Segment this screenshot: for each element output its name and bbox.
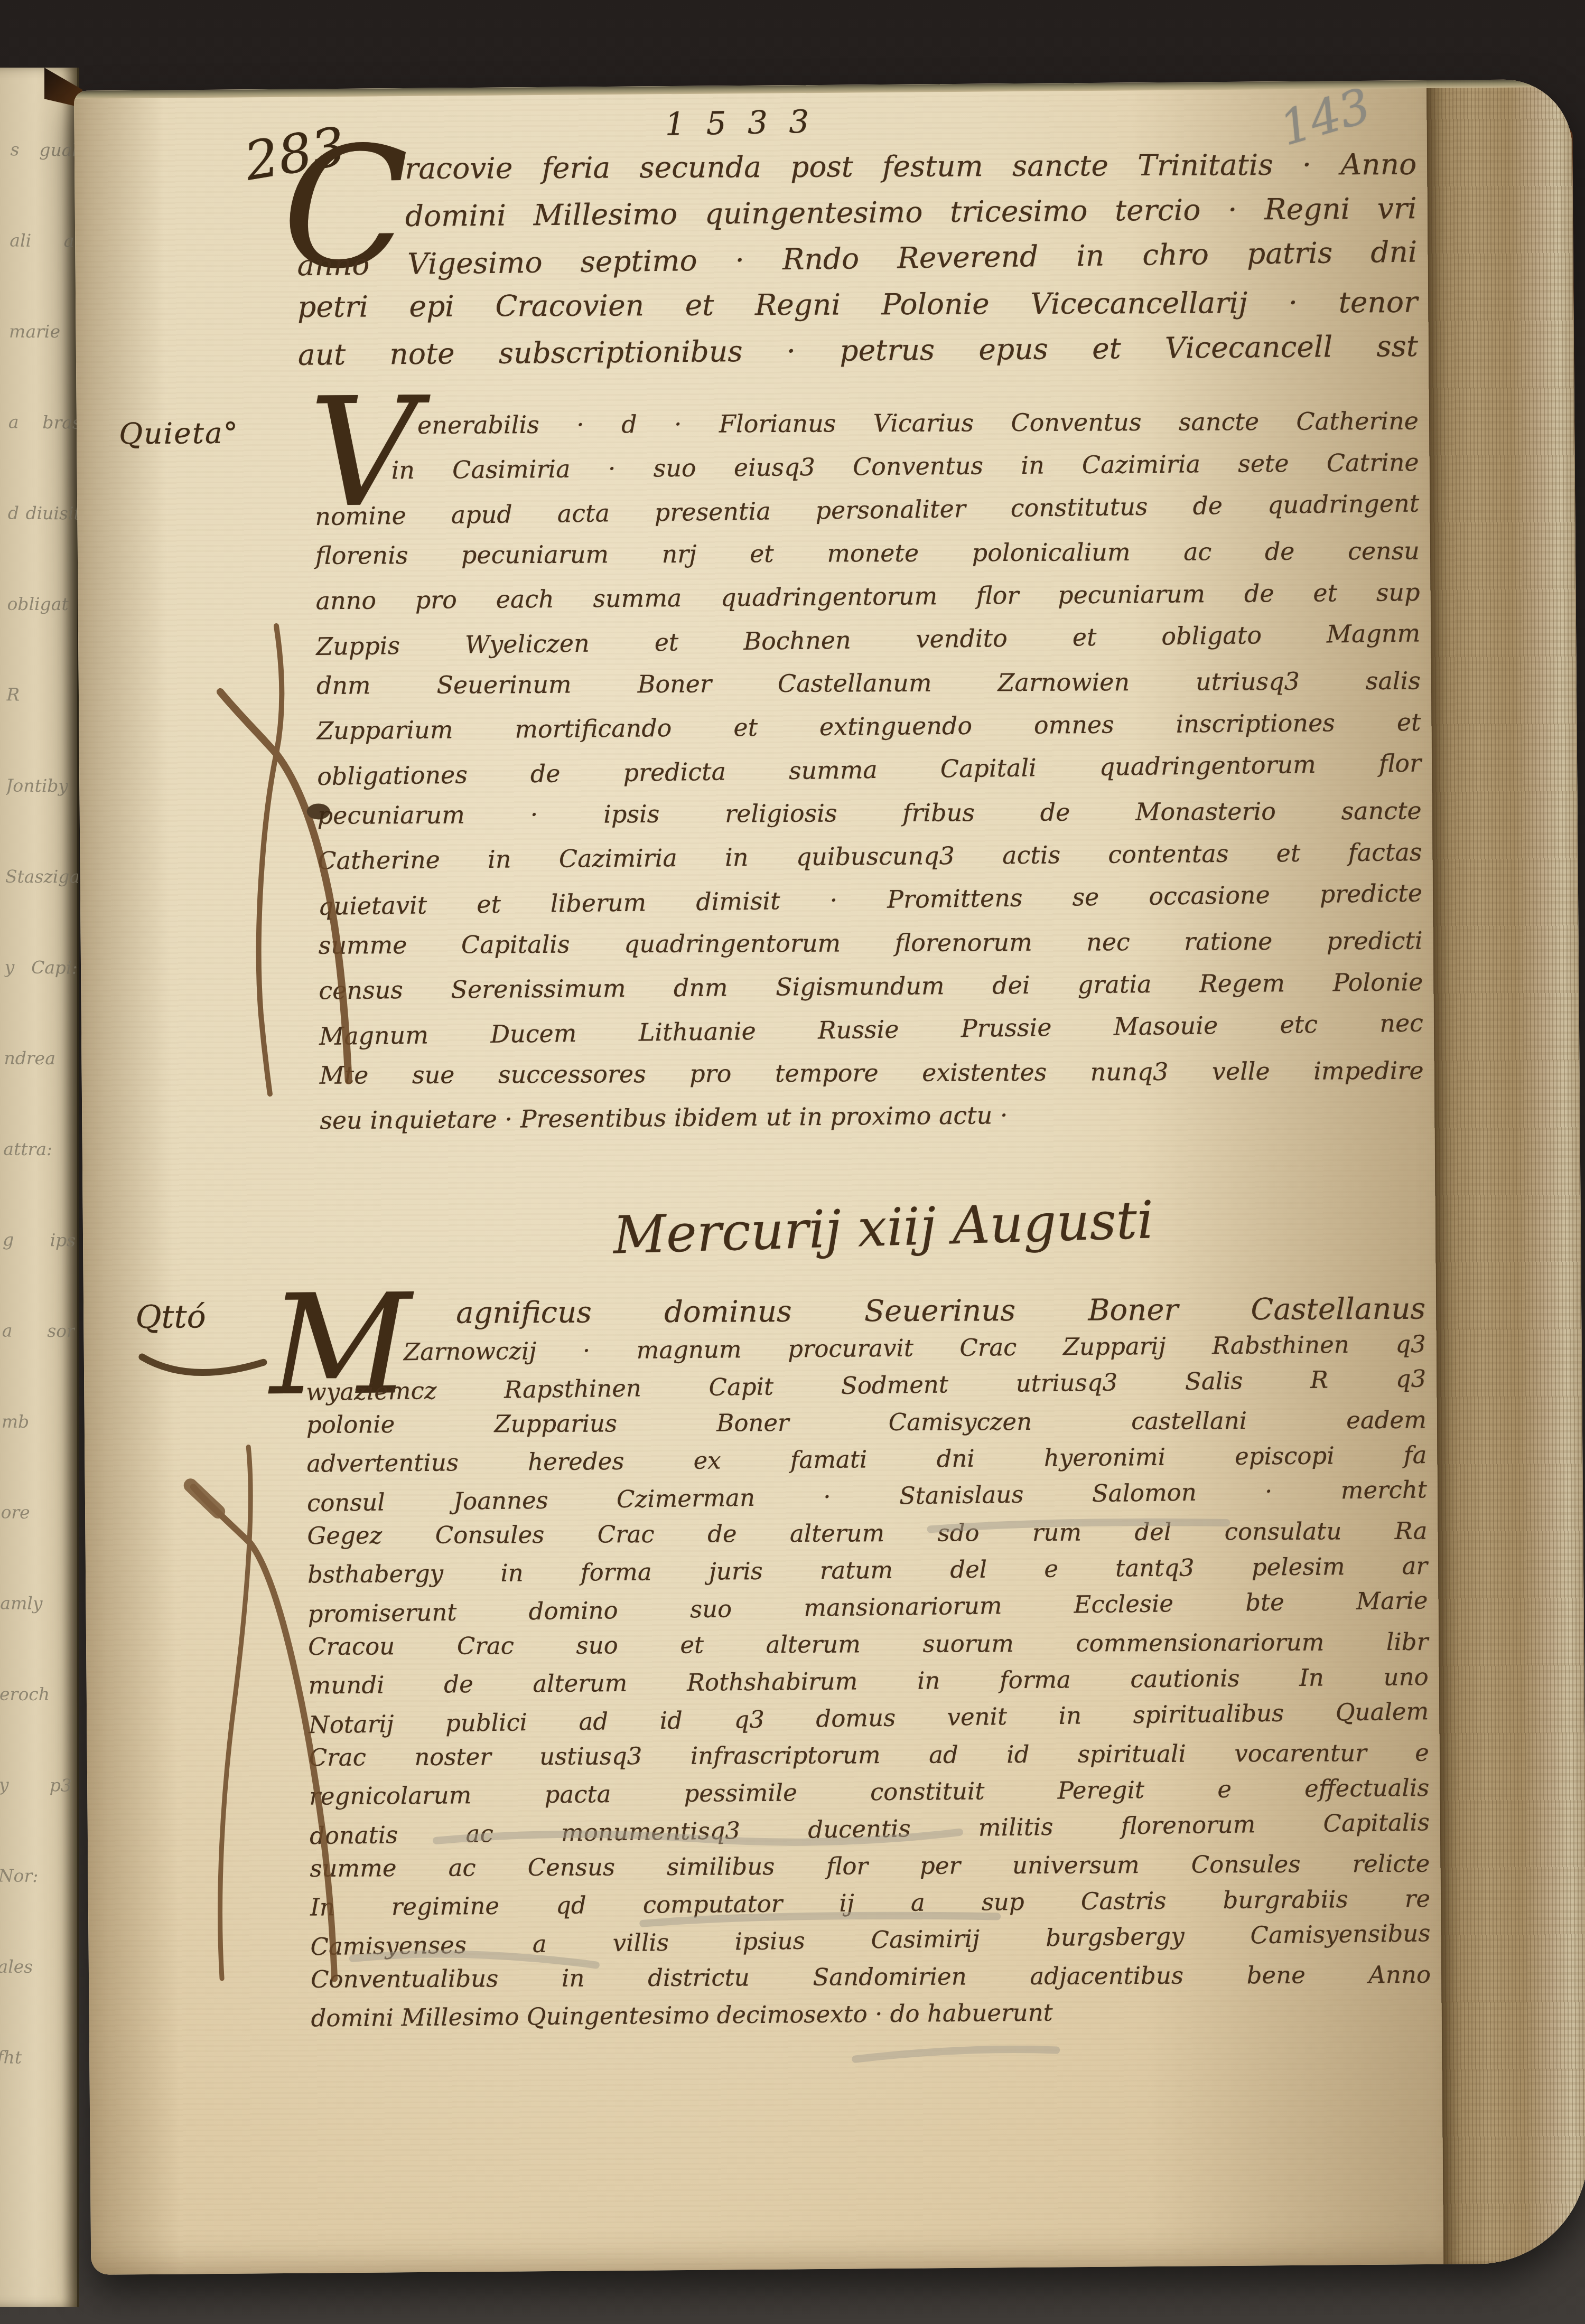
fore-edge-page-stack	[1426, 79, 1585, 2264]
facing-page-line: attra:	[3, 1104, 76, 1195]
manuscript-line: florenis pecuniarum nrj et monete poloni…	[315, 529, 1420, 577]
facing-page-line: a sor	[2, 1286, 75, 1377]
manuscript-line: racovie feria secunda post festum sancte…	[296, 142, 1416, 192]
manuscript-photo: s guallali armariea brasd diuisitobligat…	[0, 0, 1585, 2324]
record-2-text: enerabilis · d · Florianus Vicarius Conv…	[314, 397, 1424, 1142]
manuscript-line: Cracou Crac suo et alterum suorum commen…	[308, 1624, 1428, 1665]
manuscript-page: 1533 283 143 C racovie feria secunda pos…	[74, 79, 1585, 2275]
facing-page-line: obligat	[7, 559, 80, 650]
manuscript-line: Crac noster ustiusq3 infrascriptorum ad …	[309, 1735, 1429, 1776]
manuscript-line: summe ac Census similibus flor per unive…	[310, 1845, 1430, 1887]
margin-note-quieta: Quieta°	[119, 416, 239, 451]
manuscript-line: dnm Seuerinum Boner Castellanum Zarnowie…	[316, 659, 1421, 707]
facing-page-text-fragments: s guallali armariea brasd diuisitobligat…	[0, 105, 83, 2244]
manuscript-line: Conventualibus in districtu Sandomirien …	[311, 1956, 1431, 1998]
facing-page-line: ales	[0, 1922, 71, 2012]
facing-page-line: R	[6, 649, 80, 741]
manuscript-line: pecuniarum · ipsis religiosis fribus de …	[318, 789, 1422, 837]
facing-page-line: marie	[9, 286, 82, 377]
facing-page-line: Jontiby	[6, 741, 79, 832]
facing-page-line: y p3	[0, 1739, 72, 1831]
record-1-text: racovie feria secunda post festum sancte…	[296, 139, 1418, 378]
manuscript-line: agnificus dominus Seuerinus Boner Castel…	[305, 1291, 1425, 1333]
facing-page-line: d diuisit	[7, 468, 81, 559]
facing-page-line: Nor:	[0, 1830, 71, 1922]
facing-page-line: ali ar	[10, 195, 83, 287]
manuscript-line: petri epi Cracovien et Regni Polonie Vic…	[297, 279, 1418, 330]
manuscript-line: enerabilis · d · Florianus Vicarius Conv…	[314, 399, 1419, 447]
facing-page-line: a bras	[8, 377, 82, 468]
record-3-text: agnificus dominus Seuerinus Boner Castel…	[305, 1289, 1431, 2037]
facing-page-line: s guall	[10, 105, 83, 196]
manuscript-line: Gegez Consules Crac de alterum sdo rum d…	[307, 1513, 1427, 1554]
manuscript-line: aut note subscriptionibus · petrus epus …	[298, 323, 1419, 378]
margin-note-qtto: Qttó	[135, 1298, 206, 1336]
facing-page-line: amly	[0, 1558, 73, 1650]
facing-page-line: Stasziga	[5, 831, 78, 922]
manuscript-line: summe Capitalis quadringentorum florenor…	[319, 919, 1423, 967]
facing-page-sliver: s guallali armariea brasd diuisitobligat…	[0, 68, 79, 2307]
facing-page-line: fht	[0, 2012, 70, 2103]
manuscript-line: seu inquietare · Presentibus ibidem ut i…	[320, 1092, 1137, 1142]
facing-page-line: ndrea	[4, 1013, 77, 1104]
year-header: 1533	[665, 103, 831, 143]
manuscript-line: Mte sue successores pro tempore existent…	[319, 1049, 1423, 1097]
facing-page-line: y Capi:	[4, 922, 78, 1013]
facing-page-line: mb	[2, 1376, 74, 1467]
facing-page-line: ore	[1, 1467, 74, 1558]
manuscript-line: polonie Zupparius Boner Camisyczen caste…	[306, 1402, 1426, 1444]
facing-page-line: g ips	[2, 1194, 76, 1286]
facing-page-line: eroch	[0, 1649, 72, 1740]
manuscript-line: domini Millesimo Quingentesimo decimosex…	[311, 1993, 1207, 2037]
